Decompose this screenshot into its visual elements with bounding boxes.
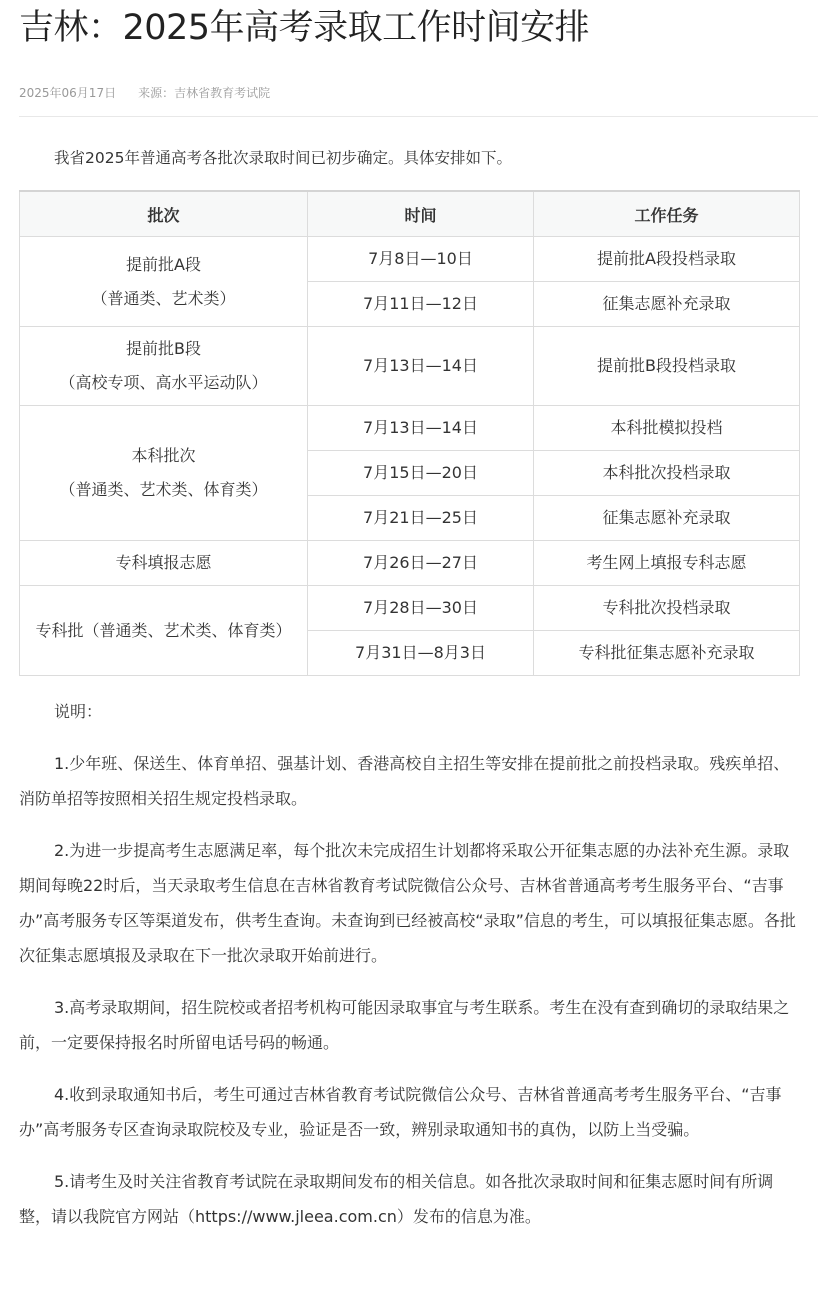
header-batch: 批次 xyxy=(20,191,308,237)
batch-cell: 提前批A段 （普通类、艺术类） xyxy=(20,237,308,327)
time-cell: 7月31日—8月3日 xyxy=(308,631,534,676)
task-cell: 专科批征集志愿补充录取 xyxy=(534,631,800,676)
time-cell: 7月15日—20日 xyxy=(308,451,534,496)
note-item: 4.收到录取通知书后，考生可通过吉林省教育考试院微信公众号、吉林省普通高考考生服… xyxy=(19,1077,804,1147)
notes-section: 说明： 1.少年班、保送生、体育单招、强基计划、香港高校自主招生等安排在提前批之… xyxy=(19,694,804,1234)
table-row: 专科填报志愿 7月26日—27日 考生网上填报专科志愿 xyxy=(20,541,800,586)
batch-cell: 专科填报志愿 xyxy=(20,541,308,586)
task-cell: 提前批B段投档录取 xyxy=(534,327,800,406)
time-cell: 7月11日—12日 xyxy=(308,282,534,327)
batch-cell: 提前批B段 （高校专项、高水平运动队） xyxy=(20,327,308,406)
task-cell: 征集志愿补充录取 xyxy=(534,282,800,327)
table-row: 提前批B段 （高校专项、高水平运动队） 7月13日—14日 提前批B段投档录取 xyxy=(20,327,800,406)
note-item: 5.请考生及时关注省教育考试院在录取期间发布的相关信息。如各批次录取时间和征集志… xyxy=(19,1164,804,1234)
table-row: 本科批次 （普通类、艺术类、体育类） 7月13日—14日 本科批模拟投档 xyxy=(20,406,800,451)
article: 吉林：2025年高考录取工作时间安排 2025年06月17日来源：吉林省教育考试… xyxy=(0,0,819,1234)
note-item: 2.为进一步提高考生志愿满足率，每个批次未完成招生计划都将采取公开征集志愿的办法… xyxy=(19,833,804,973)
task-cell: 专科批次投档录取 xyxy=(534,586,800,631)
notes-heading: 说明： xyxy=(19,694,804,729)
note-item: 3.高考录取期间，招生院校或者招考机构可能因录取事宜与考生联系。考生在没有查到确… xyxy=(19,990,804,1060)
time-cell: 7月8日—10日 xyxy=(308,237,534,282)
time-cell: 7月13日—14日 xyxy=(308,327,534,406)
task-cell: 考生网上填报专科志愿 xyxy=(534,541,800,586)
header-time: 时间 xyxy=(308,191,534,237)
batch-cell: 本科批次 （普通类、艺术类、体育类） xyxy=(20,406,308,541)
time-cell: 7月13日—14日 xyxy=(308,406,534,451)
table-header-row: 批次 时间 工作任务 xyxy=(20,191,800,237)
time-cell: 7月21日—25日 xyxy=(308,496,534,541)
note-item: 1.少年班、保送生、体育单招、强基计划、香港高校自主招生等安排在提前批之前投档录… xyxy=(19,746,804,816)
article-source: 来源：吉林省教育考试院 xyxy=(138,86,270,100)
page-title: 吉林：2025年高考录取工作时间安排 xyxy=(19,0,819,51)
table-row: 专科批（普通类、艺术类、体育类） 7月28日—30日 专科批次投档录取 xyxy=(20,586,800,631)
header-task: 工作任务 xyxy=(534,191,800,237)
intro-paragraph: 我省2025年普通高考各批次录取时间已初步确定。具体安排如下。 xyxy=(19,144,819,172)
task-cell: 提前批A段投档录取 xyxy=(534,237,800,282)
publish-date: 2025年06月17日 xyxy=(19,86,116,100)
time-cell: 7月28日—30日 xyxy=(308,586,534,631)
article-meta: 2025年06月17日来源：吉林省教育考试院 xyxy=(19,85,818,117)
task-cell: 本科批模拟投档 xyxy=(534,406,800,451)
task-cell: 本科批次投档录取 xyxy=(534,451,800,496)
batch-cell: 专科批（普通类、艺术类、体育类） xyxy=(20,586,308,676)
table-row: 提前批A段 （普通类、艺术类） 7月8日—10日 提前批A段投档录取 xyxy=(20,237,800,282)
time-cell: 7月26日—27日 xyxy=(308,541,534,586)
task-cell: 征集志愿补充录取 xyxy=(534,496,800,541)
admission-schedule-table: 批次 时间 工作任务 提前批A段 （普通类、艺术类） 7月8日—10日 提前批A… xyxy=(19,190,800,676)
